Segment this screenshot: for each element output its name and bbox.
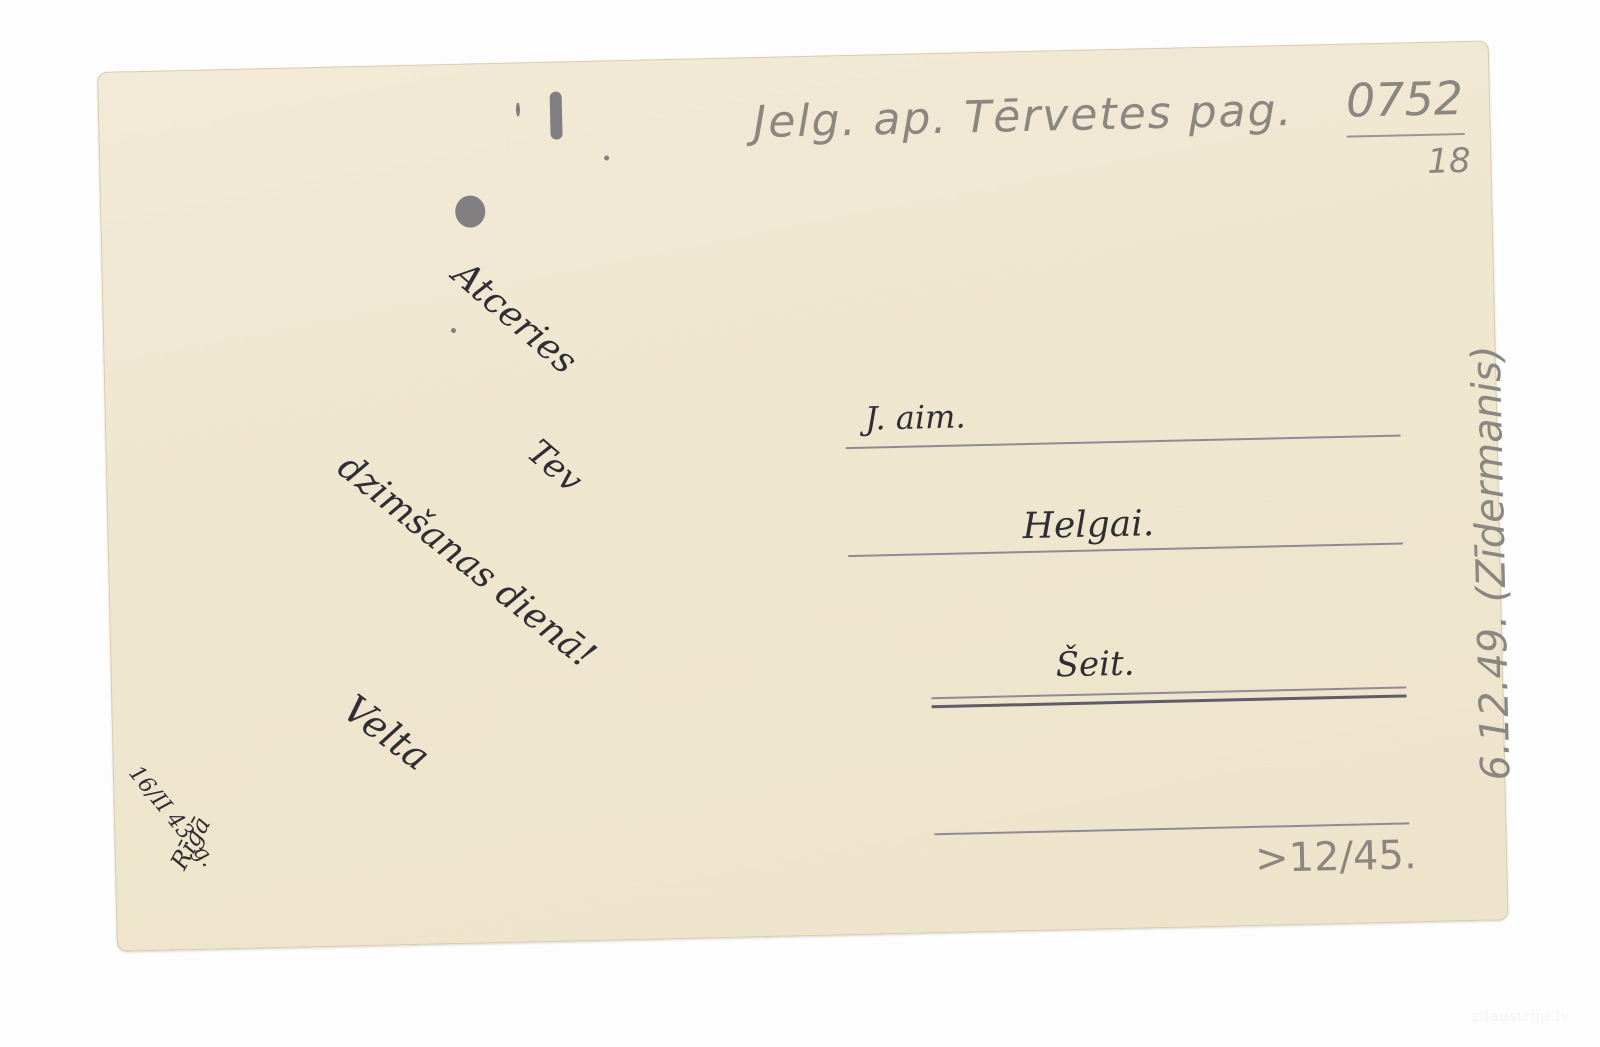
postcard-back: Jelg. ap. Tērvetes pag. 0752 18 6.12.49.… [97, 40, 1509, 951]
address-line-2: Helgai. [1022, 503, 1155, 547]
address-line-1: J. aim. [865, 397, 966, 437]
ink-blot [455, 195, 486, 228]
ink-blot [550, 91, 563, 139]
address-rule-1 [846, 435, 1401, 450]
archive-number-bottom: 18 [1427, 141, 1471, 182]
archive-margin-note: 6.12.49. (Zīdermanis) [1464, 345, 1520, 781]
message-signature: Velta [335, 686, 439, 779]
message-line-2: Tev [519, 432, 590, 501]
message-line-1: Atceries [444, 254, 584, 383]
archive-number-divider [1347, 133, 1465, 138]
ink-dot [516, 102, 520, 116]
ink-dot [604, 155, 609, 160]
archive-number-top: 0752 [1345, 71, 1463, 128]
ink-dot [451, 328, 456, 333]
site-watermark: zilaustriju.lv [1472, 1009, 1570, 1025]
archive-bottom-code: >12/45. [1255, 832, 1418, 882]
address-line-3: Šeit. [1055, 644, 1135, 686]
archive-location-note: Jelg. ap. Tērvetes pag. [753, 85, 1294, 148]
